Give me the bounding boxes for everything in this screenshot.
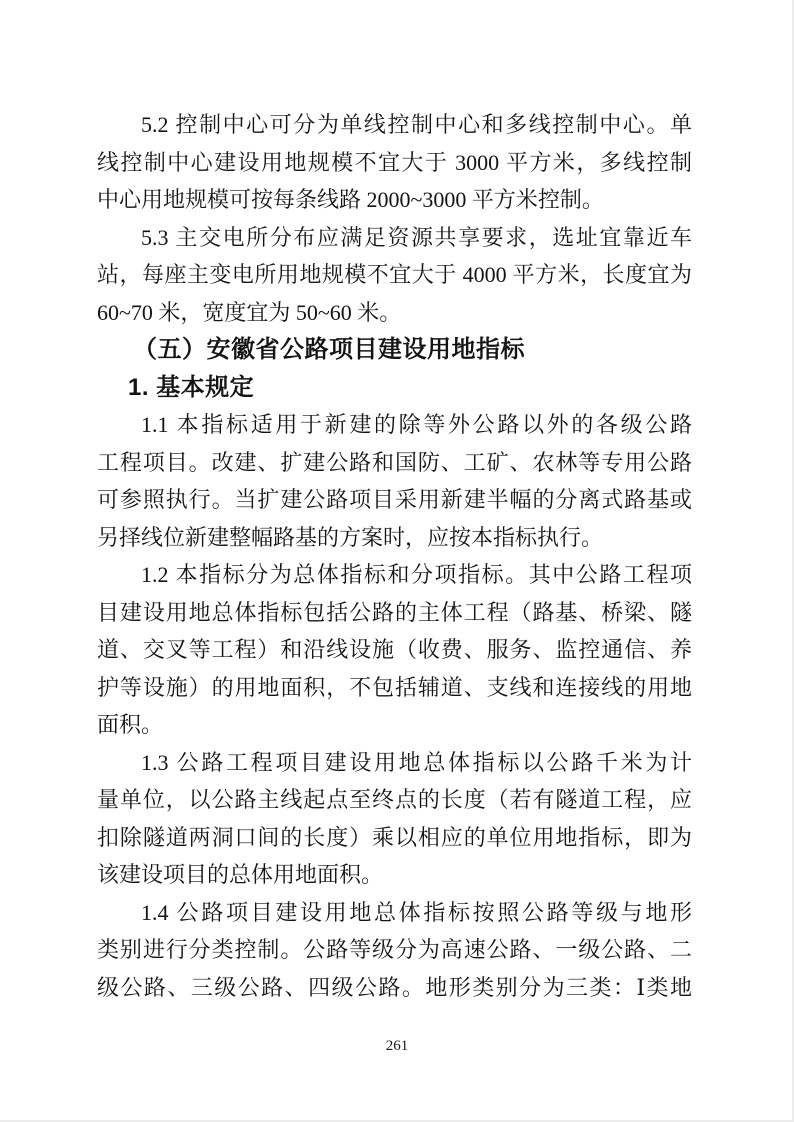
para-1-1-line-4: 另择线位新建整幅路基的方案时，应按本指标执行。 (97, 519, 692, 557)
para-1-2-line-3: 道、交叉等工程）和沿线设施（收费、服务、监控通信、养 (97, 631, 692, 669)
para-1-4-line-1: 1.4 公路项目建设用地总体指标按照公路等级与地形 (97, 894, 692, 932)
section-heading: （五）安徽省公路项目建设用地指标 (97, 331, 692, 369)
para-1-2-line-5: 面积。 (97, 706, 692, 744)
sub-heading: 1. 基本规定 (97, 369, 692, 407)
para-1-3-line-1: 1.3 公路工程项目建设用地总体指标以公路千米为计 (97, 744, 692, 782)
para-5-3-line-1: 5.3 主交电所分布应满足资源共享要求，选址宜靠近车 (97, 219, 692, 257)
para-1-1-line-2: 工程项目。改建、扩建公路和国防、工矿、农林等专用公路 (97, 444, 692, 482)
para-1-2-line-2: 目建设用地总体指标包括公路的主体工程（路基、桥梁、隧 (97, 594, 692, 632)
page-number: 261 (0, 1036, 794, 1056)
document-page: 5.2 控制中心可分为单线控制中心和多线控制中心。单 线控制中心建设用地规模不宜… (0, 0, 794, 1122)
para-1-2-line-4: 护等设施）的用地面积，不包括辅道、支线和连接线的用地 (97, 669, 692, 707)
para-1-4-line-3: 级公路、三级公路、四级公路。地形类别分为三类：Ⅰ类地 (97, 969, 692, 1007)
para-1-3-line-3: 扣除隧道两洞口间的长度）乘以相应的单位用地指标，即为 (97, 819, 692, 857)
document-content: 5.2 控制中心可分为单线控制中心和多线控制中心。单 线控制中心建设用地规模不宜… (97, 106, 692, 1006)
para-1-4-line-2: 类别进行分类控制。公路等级分为高速公路、一级公路、二 (97, 931, 692, 969)
para-5-2-line-3: 中心用地规模可按每条线路 2000~3000 平方米控制。 (97, 181, 692, 219)
para-1-3-line-4: 该建设项目的总体用地面积。 (97, 856, 692, 894)
para-5-2-line-1: 5.2 控制中心可分为单线控制中心和多线控制中心。单 (97, 106, 692, 144)
para-5-3-line-3: 60~70 米，宽度宜为 50~60 米。 (97, 294, 692, 332)
para-5-2-line-2: 线控制中心建设用地规模不宜大于 3000 平方米，多线控制 (97, 144, 692, 182)
para-1-2-line-1: 1.2 本指标分为总体指标和分项指标。其中公路工程项 (97, 556, 692, 594)
para-1-3-line-2: 量单位，以公路主线起点至终点的长度（若有隧道工程，应 (97, 781, 692, 819)
para-1-1-line-3: 可参照执行。当扩建公路项目采用新建半幅的分离式路基或 (97, 481, 692, 519)
para-1-1-line-1: 1.1 本指标适用于新建的除等外公路以外的各级公路 (97, 406, 692, 444)
para-5-3-line-2: 站，每座主变电所用地规模不宜大于 4000 平方米，长度宜为 (97, 256, 692, 294)
